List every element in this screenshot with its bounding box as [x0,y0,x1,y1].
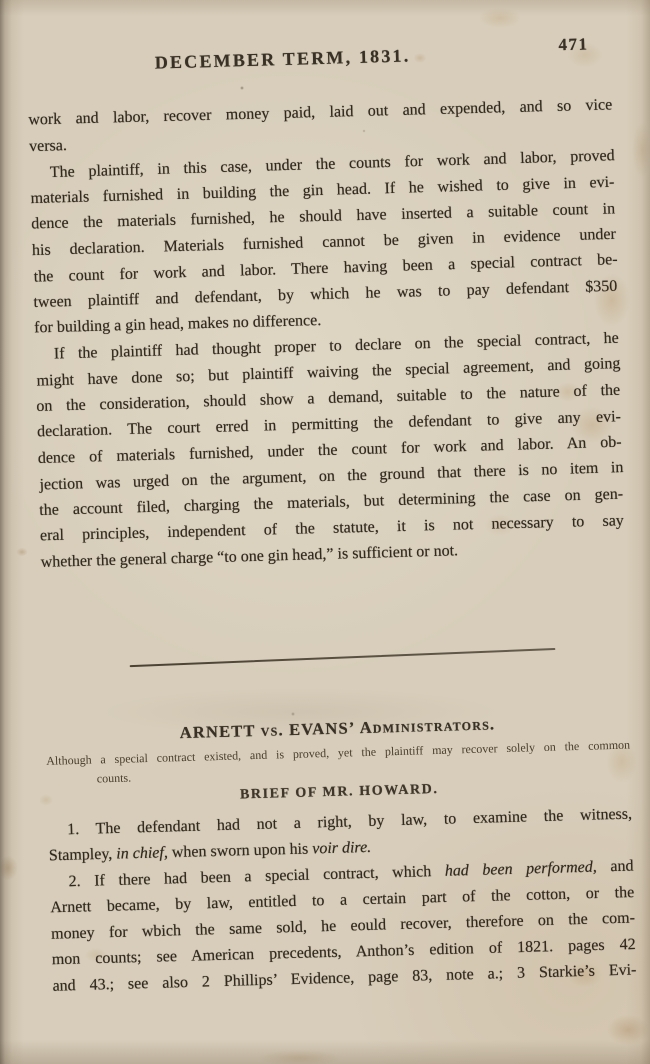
section-divider-rule [130,648,556,667]
brief-text: 1. The defendant had not a right, by law… [48,802,637,1000]
page-content: DECEMBER TERM, 1831. 471 work and labor,… [25,0,636,1000]
running-header: DECEMBER TERM, 1831. 471 [27,40,611,80]
page-number: 471 [558,34,589,55]
book-page: DECEMBER TERM, 1831. 471 work and labor,… [0,0,650,1064]
running-title: DECEMBER TERM, 1831. [155,45,411,73]
opinion-text: work and labor, recover money paid, laid… [28,92,625,576]
